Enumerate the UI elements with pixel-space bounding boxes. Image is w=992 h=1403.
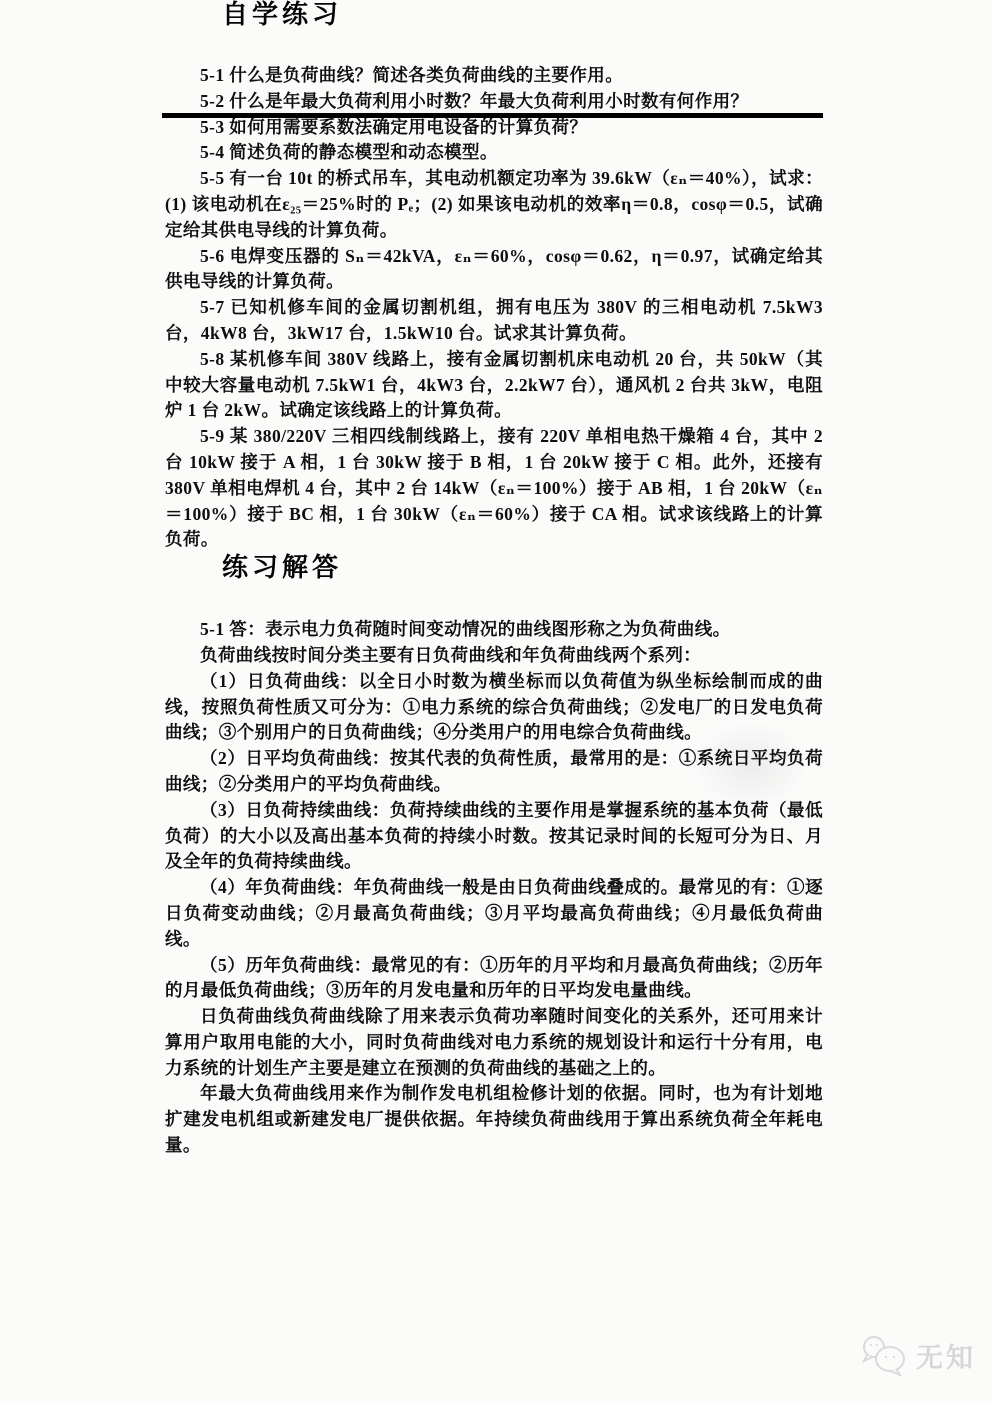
- answer-paragraph-daily-curve: （1）日负荷曲线：以全日小时数为横坐标而以负荷值为纵坐标绘制而成的曲线，按照负荷…: [165, 669, 823, 746]
- watermark-label: 无知: [916, 1336, 976, 1375]
- answer-paragraph-yearly: （4）年负荷曲线：年负荷曲线一般是由日负荷曲线叠成的。最常见的有：①逐日负荷变动…: [165, 875, 823, 952]
- answers-list: 5-1 答：表示电力负荷随时间变动情况的曲线图形称之为负荷曲线。 负荷曲线按时间…: [165, 617, 823, 1159]
- exercise-item-5-9: 5-9 某 380/220V 三相四线制线路上，接有 220V 单相电热干燥箱 …: [165, 424, 823, 553]
- answer-paragraph-historical: （5）历年负荷曲线：最常见的有：①历年的月平均和月最高负荷曲线；②历年的月最低负…: [165, 953, 823, 1005]
- answer-paragraph-intro: 5-1 答：表示电力负荷随时间变动情况的曲线图形称之为负荷曲线。: [165, 617, 823, 643]
- chat-bubbles-icon: [858, 1334, 910, 1376]
- answers-heading: 练习解答: [222, 553, 823, 583]
- answer-paragraph-daily-avg: （2）日平均负荷曲线：按其代表的负荷性质，最常用的是：①系统日平均负荷曲线；②分…: [165, 746, 823, 798]
- answer-paragraph-usage: 日负荷曲线负荷曲线除了用来表示负荷功率随时间变化的关系外，还可用来计算用户取用电…: [165, 1004, 823, 1081]
- exercise-item-5-5: 5-5 有一台 10t 的桥式吊车，其电动机额定功率为 39.6kW（εₙ＝40…: [165, 166, 823, 243]
- answer-paragraph-duration: （3）日负荷持续曲线：负荷持续曲线的主要作用是掌握系统的基本负荷（最低负荷）的大…: [165, 798, 823, 875]
- answer-paragraph-max-load: 年最大负荷曲线用来作为制作发电机组检修计划的依据。同时，也为有计划地扩建发电机组…: [165, 1081, 823, 1158]
- exercises-heading: 自学练习: [222, 0, 823, 30]
- watermark: 无知: [858, 1334, 976, 1376]
- scanned-document-page: 自学练习 5-1 什么是负荷曲线？简述各类负荷曲线的主要作用。 5-2 什么是年…: [0, 0, 992, 1403]
- exercise-item-5-6: 5-6 电焊变压器的 Sₙ＝42kVA，εₙ＝60%，cosφ＝0.62，η＝0…: [165, 244, 823, 296]
- answer-paragraph-series: 负荷曲线按时间分类主要有日负荷曲线和年负荷曲线两个系列：: [165, 643, 823, 669]
- exercises-list: 5-1 什么是负荷曲线？简述各类负荷曲线的主要作用。 5-2 什么是年最大负荷利…: [165, 63, 823, 553]
- exercise-item-5-8: 5-8 某机修车间 380V 线路上，接有金属切割机床电动机 20 台，共 50…: [165, 347, 823, 424]
- exercise-item-5-3: 5-3 如何用需要系数法确定用电设备的计算负荷？: [165, 115, 823, 141]
- exercise-item-5-7: 5-7 已知机修车间的金属切割机组，拥有电压为 380V 的三相电动机 7.5k…: [165, 295, 823, 347]
- exercise-item-5-4: 5-4 简述负荷的静态模型和动态模型。: [165, 140, 823, 166]
- exercise-item-5-1: 5-1 什么是负荷曲线？简述各类负荷曲线的主要作用。: [165, 63, 823, 89]
- page-content: 自学练习 5-1 什么是负荷曲线？简述各类负荷曲线的主要作用。 5-2 什么是年…: [165, 0, 823, 1159]
- exercise-item-5-2: 5-2 什么是年最大负荷利用小时数？年最大负荷利用小时数有何作用？: [165, 89, 823, 115]
